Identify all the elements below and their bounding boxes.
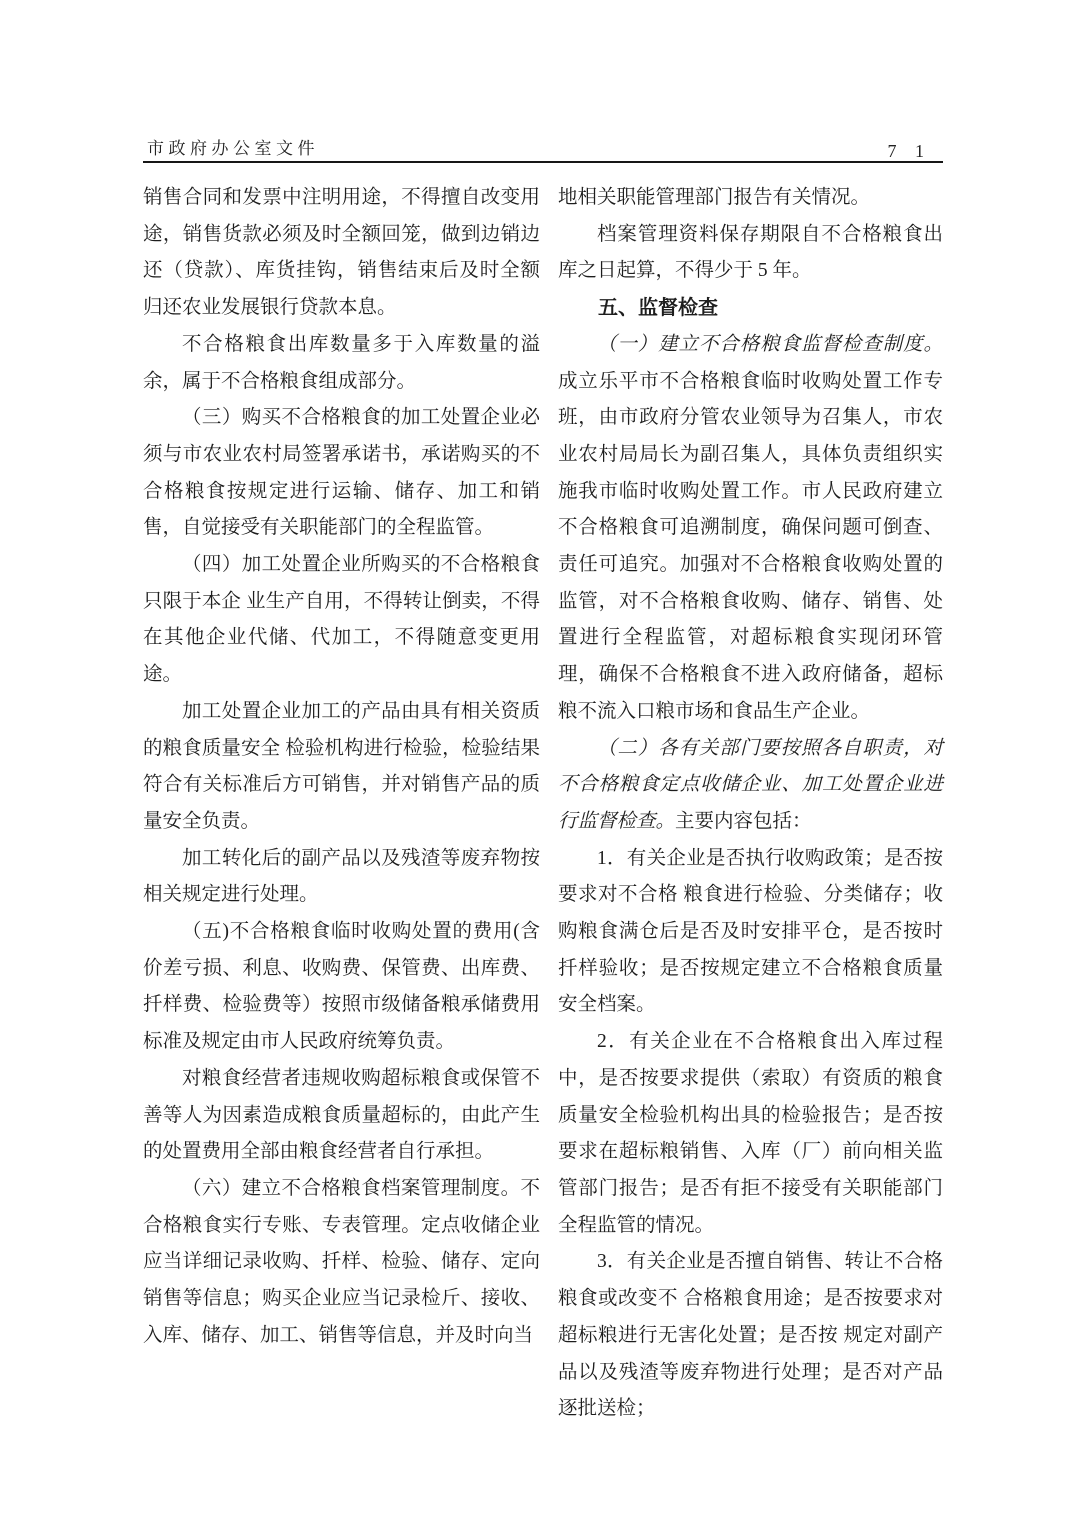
paragraph: 加工处置企业加工的产品由具有相关资质的粮食质量安全 检验机构进行检验，检验结果符… — [143, 694, 540, 841]
paragraph-text: 成立乐平市不合格粮食临时收购处置工作专班，由市政府分管农业领导为召集人，市农业农… — [558, 371, 943, 722]
paragraph: 不合格粮食出库数量多于入库数量的溢余，属于不合格粮食组成部分。 — [143, 327, 540, 400]
section-heading: 五、监督检查 — [558, 290, 943, 327]
paragraph: 2．有关企业在不合格粮食出入库过程中，是否按要求提供（索取）有资质的粮食质量安全… — [558, 1024, 943, 1244]
paragraph: 加工转化后的副产品以及残渣等废弃物按相关规定进行处理。 — [143, 841, 540, 914]
page-header: 市政府办公室文件 7 1 — [143, 132, 943, 162]
paragraph: 档案管理资料保存期限自不合格粮食出库之日起算，不得少于 5 年。 — [558, 217, 943, 290]
paragraph: 销售合同和发票中注明用途，不得擅自改变用途，销售货款必须及时全额回笼，做到边销边… — [143, 180, 540, 327]
header-title: 市政府办公室文件 — [147, 134, 319, 159]
paragraph-text: 主要内容包括： — [675, 811, 812, 832]
paragraph: 1．有关企业是否执行收购政策；是否按要求对不合格 粮食进行检验、分类储存；收购粮… — [558, 841, 943, 1025]
paragraph: （六）建立不合格粮食档案管理制度。不合格粮食实行专账、专表管理。定点收储企业应当… — [143, 1171, 540, 1355]
paragraph: （二）各有关部门要按照各自职责，对不合格粮食定点收储企业、加工处置企业进行监督检… — [558, 731, 943, 841]
paragraph: （一）建立不合格粮食监督检查制度。成立乐平市不合格粮食临时收购处置工作专班，由市… — [558, 327, 943, 731]
document-body: 销售合同和发票中注明用途，不得擅自改变用途，销售货款必须及时全额回笼，做到边销边… — [143, 180, 943, 1428]
paragraph: 地相关职能管理部门报告有关情况。 — [558, 180, 943, 217]
kai-subheading: （一）建立不合格粮食监督检查制度。 — [597, 334, 943, 355]
page-number: 7 1 — [888, 141, 932, 162]
left-column: 销售合同和发票中注明用途，不得擅自改变用途，销售货款必须及时全额回笼，做到边销边… — [143, 180, 540, 1428]
paragraph: （四）加工处置企业所购买的不合格粮食只限于本企 业生产自用，不得转让倒卖，不得在… — [143, 547, 540, 694]
document-page: 市政府办公室文件 7 1 销售合同和发票中注明用途，不得擅自改变用途，销售货款必… — [0, 0, 1074, 1520]
header-rule — [143, 161, 943, 163]
right-column: 地相关职能管理部门报告有关情况。 档案管理资料保存期限自不合格粮食出库之日起算，… — [558, 180, 943, 1428]
paragraph: （三）购买不合格粮食的加工处置企业必须与市农业农村局签署承诺书，承诺购买的不合格… — [143, 400, 540, 547]
paragraph: （五)不合格粮食临时收购处置的费用(含价差亏损、利息、收购费、保管费、出库费、扦… — [143, 914, 540, 1061]
paragraph: 3．有关企业是否擅自销售、转让不合格粮食或改变不 合格粮食用途；是否按要求对超标… — [558, 1244, 943, 1428]
paragraph: 对粮食经营者违规收购超标粮食或保管不善等人为因素造成粮食质量超标的，由此产生的处… — [143, 1061, 540, 1171]
